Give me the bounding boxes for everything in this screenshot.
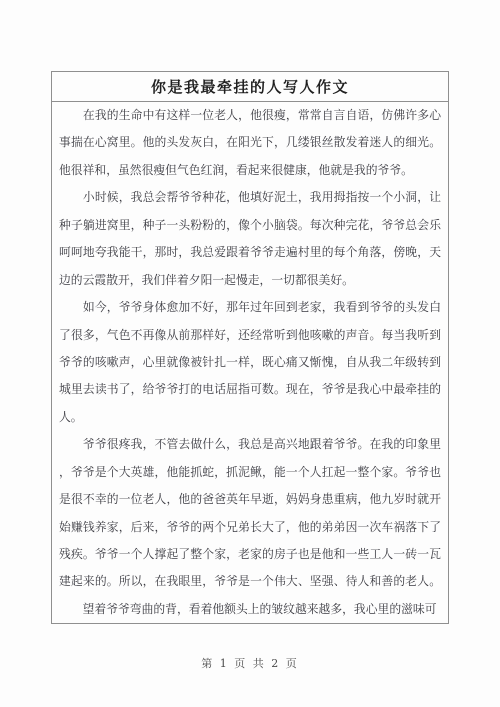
essay-line: 如今，爷爷身体愈加不好，那年过年回到老家，我看到爷爷的头发白 — [59, 294, 441, 321]
paragraph-3: 如今，爷爷身体愈加不好，那年过年回到老家，我看到爷爷的头发白 了很多，气色不再像… — [59, 294, 441, 431]
essay-line: 人。 — [59, 404, 441, 431]
essay-line: 城里去读书了，给爷爷打的电话屈指可数。现在，爷爷是我心中最牵挂的 — [59, 376, 441, 403]
essay-line: 是很不幸的一位老人，他的爸爸英年早逝，妈妈身患重病，他九岁时就开 — [59, 486, 441, 513]
essay-line: 种子躺进窝里，种子一头粉粉的，像个小脑袋。每次种完花，爷爷总会乐 — [59, 212, 441, 239]
essay-line: 呵呵地夸我能干，那时，我总爱跟着爷爷走遍村里的每个角落，傍晚，天 — [59, 239, 441, 266]
essay-line: 建起来的。所以，在我眼里，爷爷是一个伟大、坚强、待人和善的老人。 — [59, 568, 441, 595]
essay-line: ，爷爷是个大英雄，他能抓蛇，抓泥鳅，能一个人扛起一整个家。爷爷也 — [59, 459, 441, 486]
essay-title-cell: 你是我最牵挂的人写人作文 — [52, 72, 448, 102]
essay-body: 在我的生命中有这样一位老人，他很瘦，常常自言自语，仿佛许多心 事揣在心窝里。他的… — [52, 102, 448, 623]
essay-line: 了很多，气色不再像从前那样好，还经常听到他咳嗽的声音。每当我听到 — [59, 322, 441, 349]
paragraph-2: 小时候，我总会帮爷爷种花，他填好泥土，我用拇指按一个小洞，让 种子躺进窝里，种子… — [59, 184, 441, 294]
essay-table: 你是我最牵挂的人写人作文 在我的生命中有这样一位老人，他很瘦，常常自言自语，仿佛… — [51, 71, 449, 624]
document-page: 你是我最牵挂的人写人作文 在我的生命中有这样一位老人，他很瘦，常常自言自语，仿佛… — [0, 0, 500, 707]
essay-line: 事揣在心窝里。他的头发灰白，在阳光下，几缕银丝散发着迷人的细光。 — [59, 129, 441, 156]
essay-line: 在我的生命中有这样一位老人，他很瘦，常常自言自语，仿佛许多心 — [59, 102, 441, 129]
essay-line: 爷爷的咳嗽声，心里就像被针扎一样，既心痛又惭愧，自从我二年级转到 — [59, 349, 441, 376]
essay-line: 始赚钱养家，后来，爷爷的两个兄弟长大了，他的弟弟因一次车祸落下了 — [59, 514, 441, 541]
essay-line: 边的云霞散开，我们伴着夕阳一起慢走，一切都很美好。 — [59, 267, 441, 294]
paragraph-1: 在我的生命中有这样一位老人，他很瘦，常常自言自语，仿佛许多心 事揣在心窝里。他的… — [59, 102, 441, 184]
essay-line: 残疾。爷爷一个人撑起了整个家，老家的房子也是他和一些工人一砖一瓦 — [59, 541, 441, 568]
page-title: 你是我最牵挂的人写人作文 — [151, 76, 349, 97]
essay-line: 望着爷爷弯曲的背，看着他额头上的皱纹越来越多，我心里的滋味可 — [59, 596, 441, 623]
essay-line: 小时候，我总会帮爷爷种花，他填好泥土，我用拇指按一个小洞，让 — [59, 184, 441, 211]
page-footer: 第 1 页 共 2 页 — [0, 655, 500, 671]
essay-line: 他很祥和，虽然很瘦但气色红润，看起来很健康，他就是我的爷爷。 — [59, 157, 441, 184]
essay-line: 爷爷很疼我，不管去做什么，我总是高兴地跟着爷爷。在我的印象里 — [59, 431, 441, 458]
paragraph-5: 望着爷爷弯曲的背，看着他额头上的皱纹越来越多，我心里的滋味可 — [59, 596, 441, 623]
paragraph-4: 爷爷很疼我，不管去做什么，我总是高兴地跟着爷爷。在我的印象里 ，爷爷是个大英雄，… — [59, 431, 441, 596]
